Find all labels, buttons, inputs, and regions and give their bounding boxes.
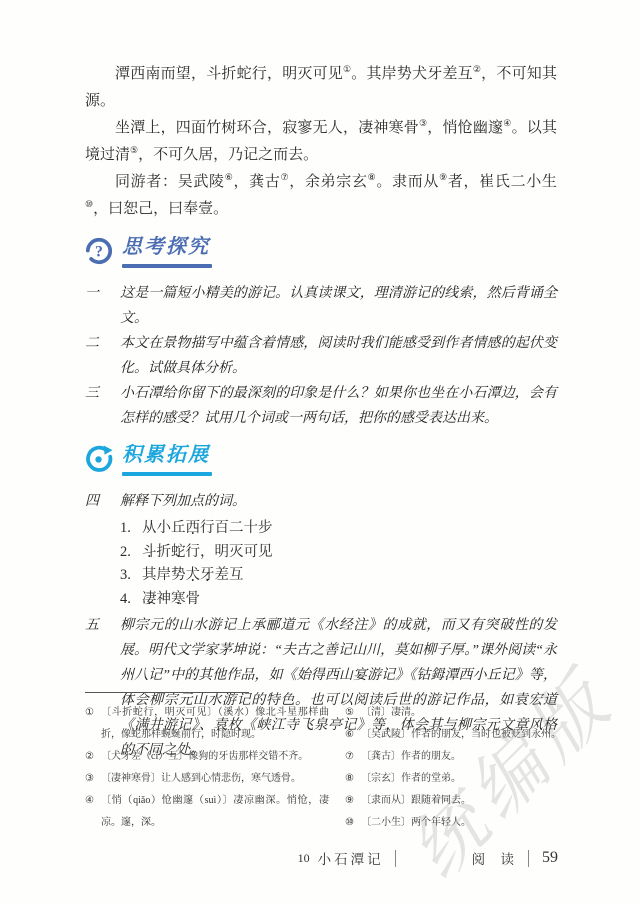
footnote-number: ⑥ (345, 724, 361, 746)
sublist-item: 2. 斗折蛇行，明灭可见 (120, 541, 557, 565)
word-explain-sublist: 1. 从小丘西行百二十步 2. 斗折蛇行，明灭可见 3. 其岸势犬牙差互 4. … (120, 517, 557, 611)
exercise-number: 三 (85, 381, 120, 431)
sublist-item-number: 1. (120, 517, 142, 541)
sublist-item-number: 3. (120, 564, 142, 588)
textbook-page: 潭西南而望，斗折蛇行，明灭可见①。其岸势犬牙差互②，不可知其源。 坐潭上，四面竹… (0, 0, 640, 904)
page-number: 59 (542, 849, 558, 867)
exercise-item: 四 解释下列加点的词。 (85, 489, 557, 514)
footnote-text: 〔吴武陵〕作者的朋友，当时也被贬到永州。 (361, 724, 563, 746)
footnote-text: 〔清〕凄清。 (361, 702, 563, 724)
footnote: ④ 〔悄（qiǎo）怆幽邃（suì）〕凄凉幽深。悄怆，凄凉。邃，深。 (85, 790, 329, 834)
footer-divider (395, 850, 396, 867)
section-header-accumulate-extend: 积累拓展 (85, 443, 557, 479)
footnote-number: ② (85, 746, 101, 768)
exercise-text: 本文在景物描写中蕴含着情感，阅读时我们能感受到作者情感的起伏变化。试做具体分析。 (120, 331, 557, 381)
sublist-item-number: 4. (120, 588, 142, 612)
footnotes: ① 〔斗折蛇行，明灭可见〕（溪水）像北斗星那样曲折，像蛇那样蜿蜒前行，时隐时现。… (85, 702, 563, 834)
footnote: ③ 〔凄神寒骨〕让人感到心情悲伤，寒气透骨。 (85, 768, 329, 790)
exercise-text: 这是一篇短小精美的游记。认真读课文，理清游记的线索，然后背诵全文。 (120, 281, 557, 331)
sublist-item: 3. 其岸势犬牙差互 (120, 564, 557, 588)
exercise-text: 小石潭给你留下的最深刻的印象是什么？如果你也坐在小石潭边，会有怎样的感受？试用几… (120, 381, 557, 431)
main-text-paragraph: 潭西南而望，斗折蛇行，明灭可见①。其岸势犬牙差互②，不可知其源。 (85, 61, 557, 115)
section-title: 思考探究 (122, 235, 212, 260)
sublist-item: 1. 从小丘西行百二十步 (120, 517, 557, 541)
cycle-arrow-icon (85, 445, 113, 473)
exercise-item: 二 本文在景物描写中蕴含着情感，阅读时我们能感受到作者情感的起伏变化。试做具体分… (85, 331, 557, 381)
sublist-item-text: 斗折蛇行，明灭可见 (142, 541, 273, 565)
footnote-number: ① (85, 702, 101, 746)
footnote-text: 〔隶而从〕跟随着同去。 (361, 790, 563, 812)
footnote-number: ⑩ (345, 812, 361, 834)
footnote: ⑤ 〔清〕凄清。 (345, 702, 563, 724)
section-title-underline (122, 472, 212, 476)
footnote-text: 〔龚古〕作者的朋友。 (361, 746, 563, 768)
footnote-separator (85, 692, 249, 693)
lesson-number: 10 (298, 851, 310, 866)
exercise-item: 一 这是一篇短小精美的游记。认真读课文，理清游记的线索，然后背诵全文。 (85, 281, 557, 331)
section-header-think-explore: ? 思考探究 (85, 235, 557, 271)
think-explore-list: 一 这是一篇短小精美的游记。认真读课文，理清游记的线索，然后背诵全文。 二 本文… (85, 281, 557, 431)
sublist-item-number: 2. (120, 541, 142, 565)
lesson-main-text: 潭西南而望，斗折蛇行，明灭可见①。其岸势犬牙差互②，不可知其源。 坐潭上，四面竹… (85, 61, 557, 223)
footer-divider (528, 850, 529, 867)
footnote: ⑩ 〔二小生〕两个年轻人。 (345, 812, 563, 834)
footnote: ⑥ 〔吴武陵〕作者的朋友，当时也被贬到永州。 (345, 724, 563, 746)
footnote-text: 〔悄（qiǎo）怆幽邃（suì）〕凄凉幽深。悄怆，凄凉。邃，深。 (101, 790, 329, 834)
lesson-title: 小石潭记 (318, 848, 384, 868)
footnote-text: 〔斗折蛇行，明灭可见〕（溪水）像北斗星那样曲折，像蛇那样蜿蜒前行，时隐时现。 (101, 702, 329, 746)
footnote-number: ⑨ (345, 790, 361, 812)
footnote-text: 〔凄神寒骨〕让人感到心情悲伤，寒气透骨。 (101, 768, 329, 790)
section-title: 积累拓展 (122, 443, 212, 468)
footnote-number: ⑧ (345, 768, 361, 790)
footnote: ① 〔斗折蛇行，明灭可见〕（溪水）像北斗星那样曲折，像蛇那样蜿蜒前行，时隐时现。 (85, 702, 329, 746)
footnote: ② 〔犬牙差（cī）互〕像狗的牙齿那样交错不齐。 (85, 746, 329, 768)
svg-text:?: ? (95, 244, 103, 261)
footnote: ⑦ 〔龚古〕作者的朋友。 (345, 746, 563, 768)
page-footer: 10 小石潭记 阅 读 59 (0, 848, 558, 868)
footnote-column-left: ① 〔斗折蛇行，明灭可见〕（溪水）像北斗星那样曲折，像蛇那样蜿蜒前行，时隐时现。… (85, 702, 329, 834)
page-content: 潭西南而望，斗折蛇行，明灭可见①。其岸势犬牙差互②，不可知其源。 坐潭上，四面竹… (85, 61, 557, 763)
section-title-block: 积累拓展 (122, 443, 212, 476)
section-title-underline (122, 264, 212, 268)
exercise-text: 解释下列加点的词。 (120, 489, 557, 514)
footnote-number: ④ (85, 790, 101, 834)
section-title-block: 思考探究 (122, 235, 212, 268)
unit-label: 阅 读 (472, 848, 520, 868)
exercise-item: 三 小石潭给你留下的最深刻的印象是什么？如果你也坐在小石潭边，会有怎样的感受？试… (85, 381, 557, 431)
exercise-number: 一 (85, 281, 120, 331)
footnote-number: ⑦ (345, 746, 361, 768)
main-text-paragraph: 坐潭上，四面竹树环合，寂寥无人，凄神寒骨③，悄怆幽邃④。以其境过清⑤，不可久居，… (85, 115, 557, 169)
sublist-item-text: 从小丘西行百二十步 (142, 517, 273, 541)
main-text-paragraph: 同游者：吴武陵⑥，龚古⑦，余弟宗玄⑧。隶而从⑨者，崔氏二小生⑩，曰恕己，曰奉壹。 (85, 169, 557, 223)
sublist-item-text: 其岸势犬牙差互 (142, 564, 244, 588)
footnote: ⑨ 〔隶而从〕跟随着同去。 (345, 790, 563, 812)
exercise-number: 二 (85, 331, 120, 381)
footnote-text: 〔犬牙差（cī）互〕像狗的牙齿那样交错不齐。 (101, 746, 329, 768)
footnote-column-right: ⑤ 〔清〕凄清。 ⑥ 〔吴武陵〕作者的朋友，当时也被贬到永州。 ⑦ 〔龚古〕作者… (345, 702, 563, 834)
footnote-number: ⑤ (345, 702, 361, 724)
footnote: ⑧ 〔宗玄〕作者的堂弟。 (345, 768, 563, 790)
sublist-item: 4. 凄神寒骨 (120, 588, 557, 612)
footnote-text: 〔宗玄〕作者的堂弟。 (361, 768, 563, 790)
exercise-number: 四 (85, 489, 120, 514)
footnote-number: ③ (85, 768, 101, 790)
question-circle-icon: ? (85, 237, 113, 265)
footnote-text: 〔二小生〕两个年轻人。 (361, 812, 563, 834)
